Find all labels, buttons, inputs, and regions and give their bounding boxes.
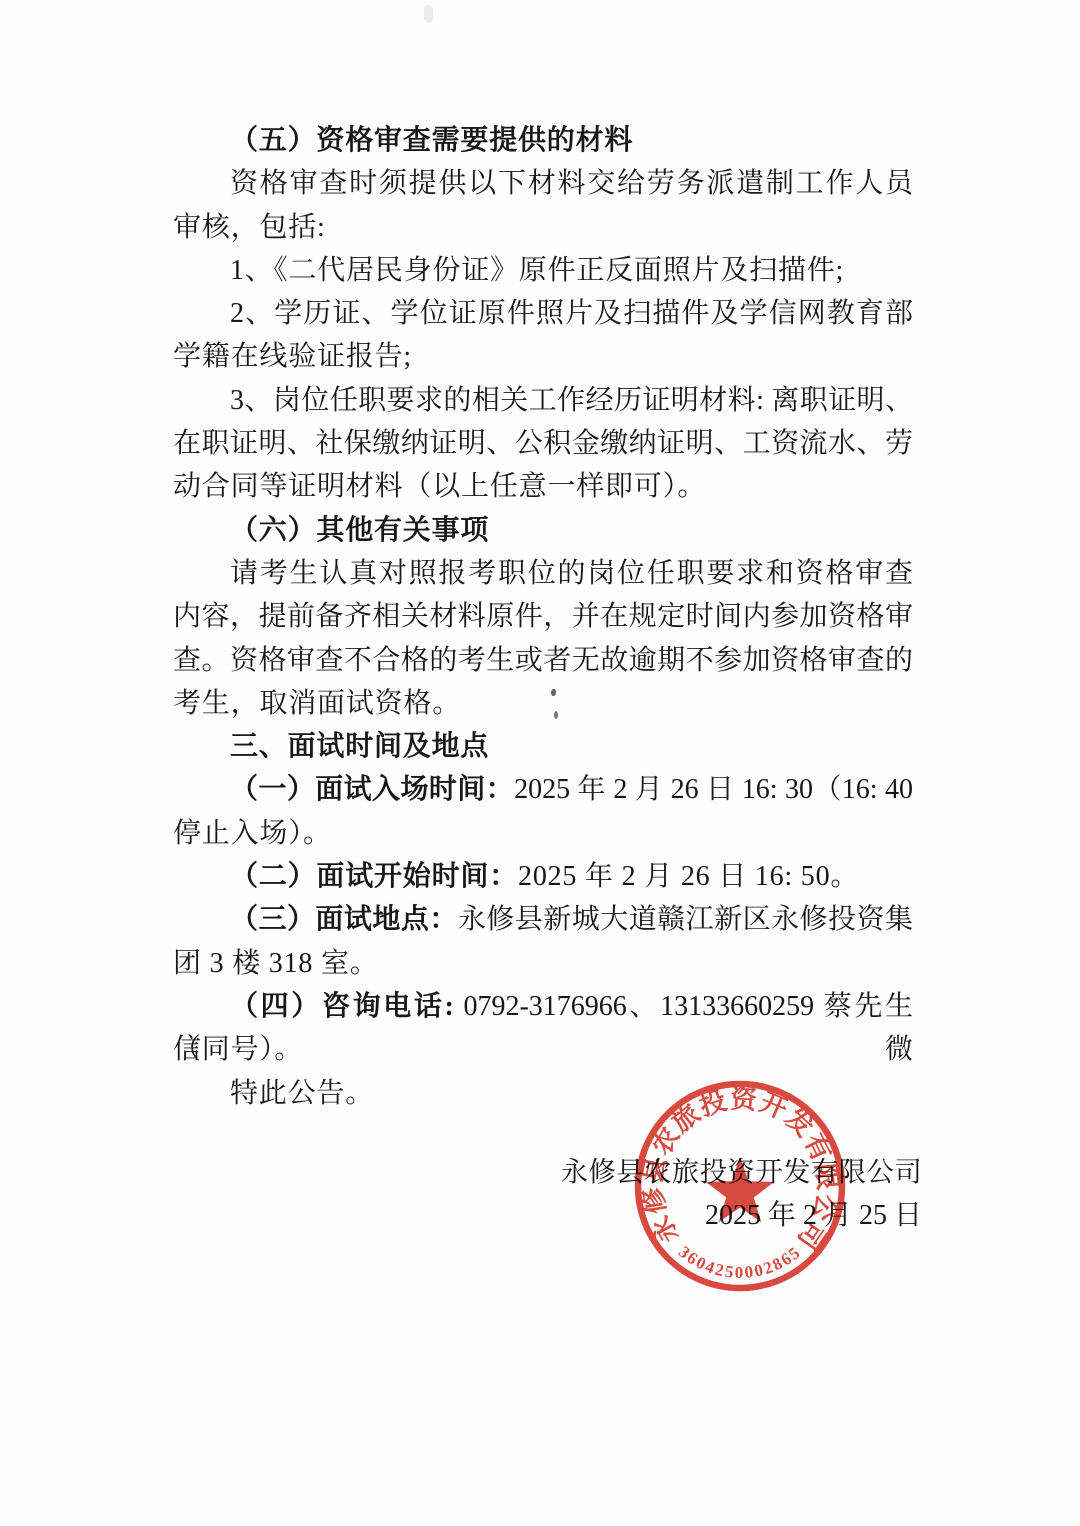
line-text: 内容，提前备齐相关材料原件，并在规定时间内参加资格审 xyxy=(173,601,913,632)
doc-line: 1、《二代居民身份证》原件正反面照片及扫描件; xyxy=(173,249,913,292)
doc-line: （二）面试开始时间：2025 年 2 月 26 日 16: 50。 xyxy=(173,855,913,898)
line-text: 资格审查时须提供以下材料交给劳务派遣制工作人员 xyxy=(230,168,913,199)
doc-line: 在职证明、社保缴纳证明、公积金缴纳证明、工资流水、劳 xyxy=(173,422,913,465)
line-text: 停止入场）。 xyxy=(173,818,332,849)
official-seal: 永修县农旅投资开发有限公司 3604250002865 xyxy=(630,1076,850,1296)
line-text: 2、学历证、学位证原件照片及扫描件及学信网教育部 xyxy=(230,298,913,329)
line-bold: （二）面试开始时间： xyxy=(230,861,518,892)
doc-line: （一）面试入场时间：2025 年 2 月 26 日 16: 30（16: 40 xyxy=(173,768,913,811)
line-text: 考生，取消面试资格。 xyxy=(173,688,461,719)
line-text: 2025 年 2 月 26 日 16: 50。 xyxy=(518,861,859,892)
doc-line: 学籍在线验证报告; xyxy=(173,335,913,378)
doc-line: 请考生认真对照报考职位的岗位任职要求和资格审查 xyxy=(173,552,913,595)
line-text: 动合同等证明材料（以上任意一样即可）。 xyxy=(173,471,706,502)
doc-line: 团 3 楼 318 室。 xyxy=(173,942,913,985)
doc-line: 内容，提前备齐相关材料原件，并在规定时间内参加资格审 xyxy=(173,595,913,638)
doc-heading: （五）资格审查需要提供的材料 xyxy=(173,119,913,162)
doc-line: 查。资格审查不合格的考生或者无故逾期不参加资格审查的 xyxy=(173,639,913,682)
line-bold: （四）咨询电话: xyxy=(230,991,454,1022)
line-text: 学籍在线验证报告; xyxy=(173,341,412,372)
heading-text: （六）其他有关事项 xyxy=(230,515,489,546)
doc-line: 动合同等证明材料（以上任意一样即可）。 xyxy=(173,465,913,508)
line-text: 查。资格审查不合格的考生或者无故逾期不参加资格审查的 xyxy=(173,645,913,676)
doc-line: 2、学历证、学位证原件照片及扫描件及学信网教育部 xyxy=(173,292,913,335)
line-text: 1、《二代居民身份证》原件正反面照片及扫描件; xyxy=(230,255,844,286)
line-bold: （三）面试地点： xyxy=(230,904,458,935)
doc-line: 资格审查时须提供以下材料交给劳务派遣制工作人员 xyxy=(173,162,913,205)
doc-line: （四）咨询电话: 0792-3176966、13133660259 蔡先生（微 xyxy=(173,985,913,1028)
line-text: 在职证明、社保缴纳证明、公积金缴纳证明、工资流水、劳 xyxy=(173,428,913,459)
doc-line: 审核，包括: xyxy=(173,206,913,249)
star-icon xyxy=(706,1157,774,1222)
document-body: （五）资格审查需要提供的材料 资格审查时须提供以下材料交给劳务派遣制工作人员 审… xyxy=(173,119,913,1115)
heading-text: 三、面试时间及地点 xyxy=(230,731,489,762)
line-text: 2025 年 2 月 26 日 16: 30（16: 40 xyxy=(514,774,913,805)
doc-line: （三）面试地点：永修县新城大道赣江新区永修投资集 xyxy=(173,898,913,941)
line-text: 特此公告。 xyxy=(230,1078,374,1109)
line-text: 3、岗位任职要求的相关工作经历证明材料: 离职证明、 xyxy=(230,385,913,416)
document-page: （五）资格审查需要提供的材料 资格审查时须提供以下材料交给劳务派遣制工作人员 审… xyxy=(0,0,1080,1526)
line-text: 审核，包括: xyxy=(173,212,326,243)
doc-heading: 三、面试时间及地点 xyxy=(173,725,913,768)
line-text: 信同号）。 xyxy=(173,1034,303,1065)
doc-line: 3、岗位任职要求的相关工作经历证明材料: 离职证明、 xyxy=(173,379,913,422)
doc-line: 停止入场）。 xyxy=(173,812,913,855)
line-text: 团 3 楼 318 室。 xyxy=(173,948,379,979)
doc-line: 考生，取消面试资格。 xyxy=(173,682,913,725)
heading-text: （五）资格审查需要提供的材料 xyxy=(230,125,633,156)
scan-artifact xyxy=(424,5,433,23)
line-text: 永修县新城大道赣江新区永修投资集 xyxy=(458,904,913,935)
line-bold: （一）面试入场时间： xyxy=(230,774,514,805)
line-text: 请考生认真对照报考职位的岗位任职要求和资格审查 xyxy=(230,558,913,589)
doc-heading: （六）其他有关事项 xyxy=(173,509,913,552)
